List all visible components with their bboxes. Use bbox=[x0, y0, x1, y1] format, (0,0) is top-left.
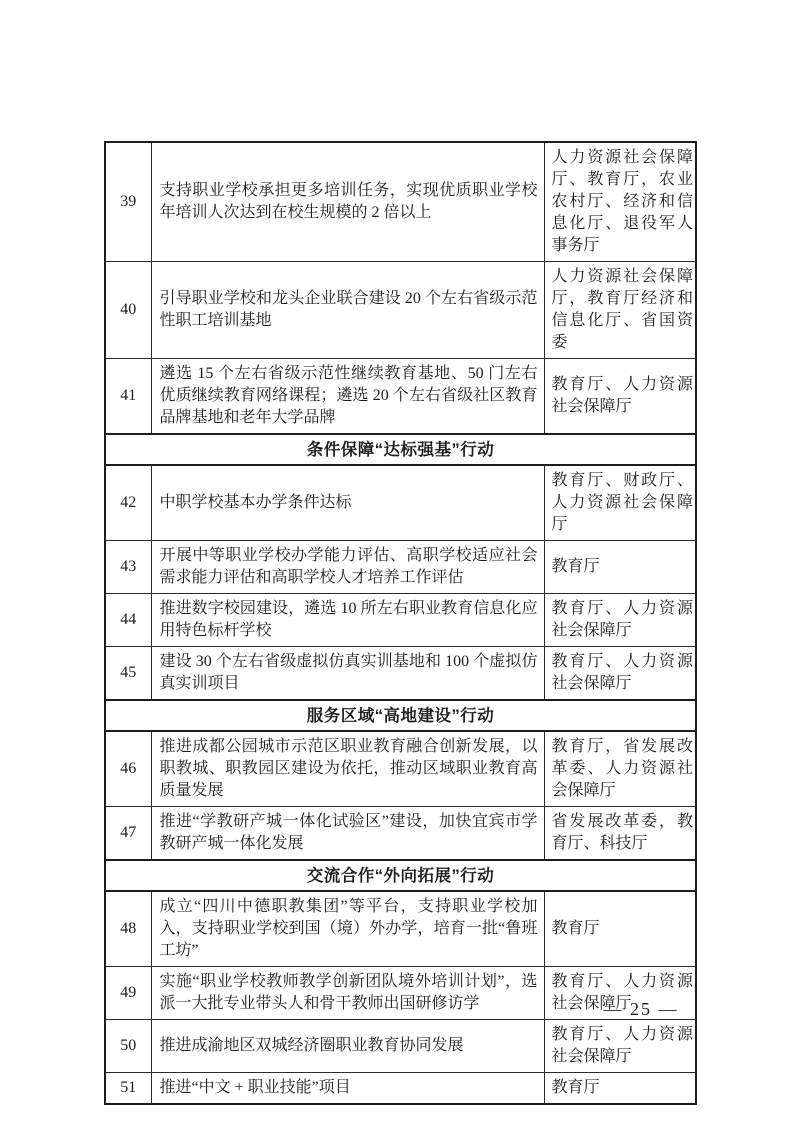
table-row: 43 开展中等职业学校办学能力评估、高职学校适应社会需求能力评估和高职学校人才培… bbox=[105, 541, 696, 594]
department-cell: 人力资源社会保障厅，教育厅经济和信息化厅、省国资委 bbox=[544, 262, 696, 359]
task-cell: 推进“学教研产城一体化试验区”建设，加快宜宾市学教研产城一体化发展 bbox=[151, 807, 544, 861]
row-number: 46 bbox=[105, 731, 151, 807]
table-row: 40 引导职业学校和龙头企业联合建设 20 个左右省级示范性职工培训基地 人力资… bbox=[105, 262, 696, 359]
department-cell: 省发展改革委，教育厅、科技厅 bbox=[544, 807, 696, 861]
row-number: 41 bbox=[105, 359, 151, 435]
task-cell: 支持职业学校承担更多培训任务，实现优质职业学校年培训人次达到在校生规模的 2 倍… bbox=[151, 142, 544, 262]
table-row: 45 建设 30 个左右省级虚拟仿真实训基地和 100 个虚拟仿真实训项目 教育… bbox=[105, 647, 696, 701]
table-row: 42 中职学校基本办学条件达标 教育厅、财政厅、人力资源社会保障厅 bbox=[105, 465, 696, 541]
task-cell: 遴选 15 个左右省级示范性继续教育基地、50 门左右优质继续教育网络课程；遴选… bbox=[151, 359, 544, 435]
table-row: 48 成立“四川中德职教集团”等平台，支持职业学校加入，支持职业学校到国（境）外… bbox=[105, 891, 696, 967]
section-row: 服务区域“高地建设”行动 bbox=[105, 700, 696, 731]
table-row: 51 推进“中文 + 职业技能”项目 教育厅 bbox=[105, 1073, 696, 1105]
task-cell: 实施“职业学校教师教学创新团队境外培训计划”，选派一大批专业带头人和骨干教师出国… bbox=[151, 967, 544, 1020]
task-cell: 中职学校基本办学条件达标 bbox=[151, 465, 544, 541]
task-cell: 推进数字校园建设，遴选 10 所左右职业教育信息化应用特色标杆学校 bbox=[151, 594, 544, 647]
section-row: 条件保障“达标强基”行动 bbox=[105, 434, 696, 465]
section-row: 交流合作“外向拓展”行动 bbox=[105, 860, 696, 891]
table-row: 46 推进成都公园城市示范区职业教育融合创新发展，以职教城、职教园区建设为依托，… bbox=[105, 731, 696, 807]
department-cell: 教育厅 bbox=[544, 891, 696, 967]
table-row: 47 推进“学教研产城一体化试验区”建设，加快宜宾市学教研产城一体化发展 省发展… bbox=[105, 807, 696, 861]
row-number: 44 bbox=[105, 594, 151, 647]
row-number: 47 bbox=[105, 807, 151, 861]
task-cell: 建设 30 个左右省级虚拟仿真实训基地和 100 个虚拟仿真实训项目 bbox=[151, 647, 544, 701]
table-row: 50 推进成渝地区双城经济圈职业教育协同发展 教育厅、人力资源社会保障厅 bbox=[105, 1020, 696, 1073]
page-number: — 25 — bbox=[596, 999, 686, 1020]
task-cell: 推进成渝地区双城经济圈职业教育协同发展 bbox=[151, 1020, 544, 1073]
row-number: 40 bbox=[105, 262, 151, 359]
table-row: 44 推进数字校园建设，遴选 10 所左右职业教育信息化应用特色标杆学校 教育厅… bbox=[105, 594, 696, 647]
row-number: 50 bbox=[105, 1020, 151, 1073]
table-row: 39 支持职业学校承担更多培训任务，实现优质职业学校年培训人次达到在校生规模的 … bbox=[105, 142, 696, 262]
section-title: 条件保障“达标强基”行动 bbox=[105, 434, 696, 465]
row-number: 48 bbox=[105, 891, 151, 967]
document-page: 39 支持职业学校承担更多培训任务，实现优质职业学校年培训人次达到在校生规模的 … bbox=[0, 0, 793, 1122]
department-cell: 教育厅、人力资源社会保障厅 bbox=[544, 594, 696, 647]
department-cell: 教育厅、财政厅、人力资源社会保障厅 bbox=[544, 465, 696, 541]
task-cell: 开展中等职业学校办学能力评估、高职学校适应社会需求能力评估和高职学校人才培养工作… bbox=[151, 541, 544, 594]
task-cell: 成立“四川中德职教集团”等平台，支持职业学校加入，支持职业学校到国（境）外办学，… bbox=[151, 891, 544, 967]
department-cell: 教育厅、人力资源社会保障厅 bbox=[544, 1020, 696, 1073]
department-cell: 教育厅、人力资源社会保障厅 bbox=[544, 647, 696, 701]
department-cell: 教育厅 bbox=[544, 541, 696, 594]
department-cell: 人力资源社会保障厅、教育厅，农业农村厅、经济和信息化厅、退役军人事务厅 bbox=[544, 142, 696, 262]
row-number: 43 bbox=[105, 541, 151, 594]
section-title: 交流合作“外向拓展”行动 bbox=[105, 860, 696, 891]
department-cell: 教育厅 bbox=[544, 1073, 696, 1105]
department-cell: 教育厅、人力资源社会保障厅 bbox=[544, 359, 696, 435]
section-title: 服务区域“高地建设”行动 bbox=[105, 700, 696, 731]
task-cell: 推进“中文 + 职业技能”项目 bbox=[151, 1073, 544, 1105]
row-number: 45 bbox=[105, 647, 151, 701]
row-number: 49 bbox=[105, 967, 151, 1020]
task-cell: 引导职业学校和龙头企业联合建设 20 个左右省级示范性职工培训基地 bbox=[151, 262, 544, 359]
action-items-table: 39 支持职业学校承担更多培训任务，实现优质职业学校年培训人次达到在校生规模的 … bbox=[104, 141, 697, 1105]
table-row: 41 遴选 15 个左右省级示范性继续教育基地、50 门左右优质继续教育网络课程… bbox=[105, 359, 696, 435]
department-cell: 教育厅，省发展改革委、人力资源社会保障厅 bbox=[544, 731, 696, 807]
row-number: 39 bbox=[105, 142, 151, 262]
row-number: 42 bbox=[105, 465, 151, 541]
task-cell: 推进成都公园城市示范区职业教育融合创新发展，以职教城、职教园区建设为依托，推动区… bbox=[151, 731, 544, 807]
row-number: 51 bbox=[105, 1073, 151, 1105]
